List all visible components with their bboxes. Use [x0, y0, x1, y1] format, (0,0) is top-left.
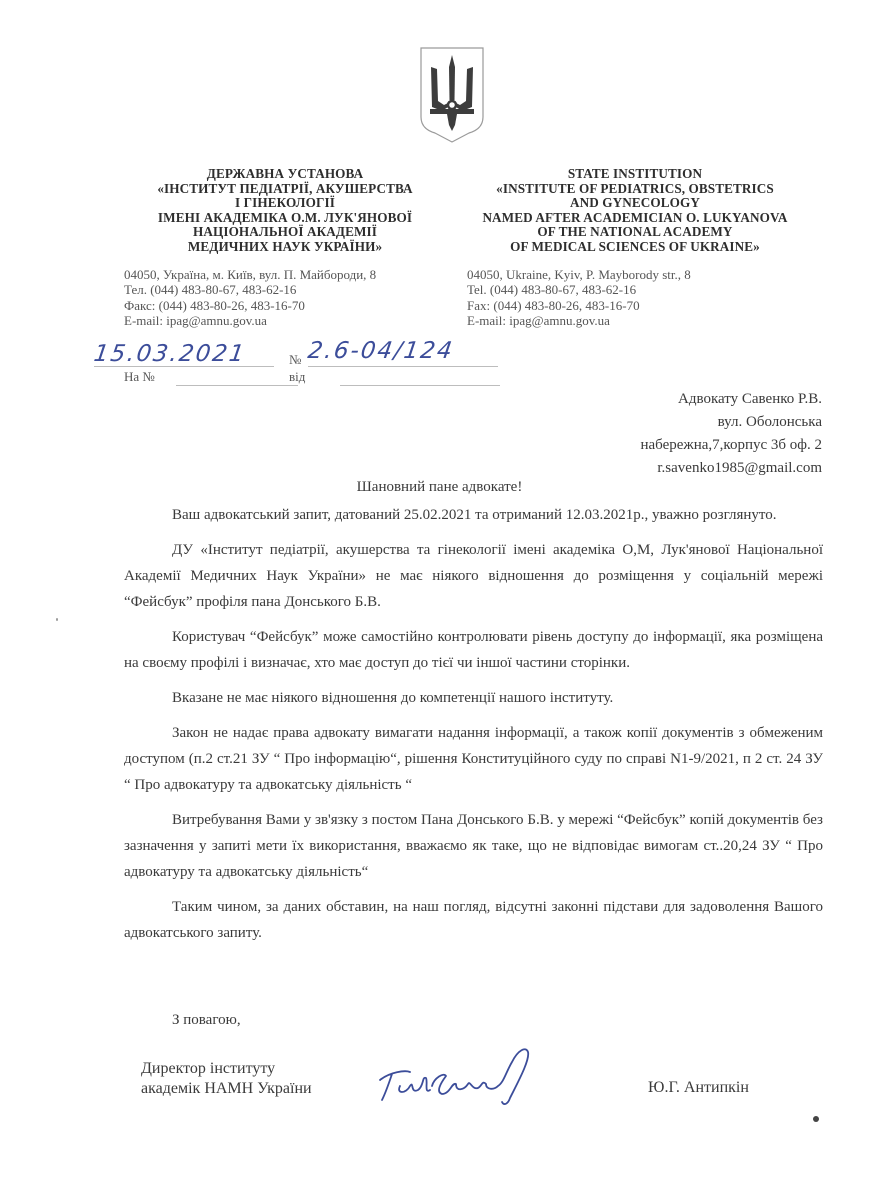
header-line: NAMED AFTER ACADEMICIAN O. LUKYANOVA [462, 211, 808, 226]
signatory-title: Директор інституту академік НАМН України [141, 1059, 312, 1099]
number-label: № [289, 352, 301, 368]
letter-body: Ваш адвокатський запит, датований 25.02.… [124, 502, 823, 955]
signatory-rank: академік НАМН України [141, 1079, 312, 1099]
signatory-position: Директор інституту [141, 1059, 312, 1079]
header-line: МЕДИЧНИХ НАУК УКРАЇНИ» [130, 240, 440, 255]
contact-info-ua: 04050, Україна, м. Київ, вул. П. Майборо… [124, 267, 376, 328]
header-line: ІМЕНІ АКАДЕМІКА О.М. ЛУК'ЯНОВОЇ [130, 211, 440, 226]
institution-name-en: STATE INSTITUTION «INSTITUTE OF PEDIATRI… [462, 167, 808, 255]
addressee-email: r.savenko1985@gmail.com [640, 457, 822, 480]
paragraph: Таким чином, за даних обставин, на наш п… [124, 894, 823, 946]
reply-to-label: На № [124, 369, 155, 385]
header-line: І ГІНЕКОЛОГІЇ [130, 196, 440, 211]
from-label: від [289, 369, 305, 385]
header-line: ДЕРЖАВНА УСТАНОВА [130, 167, 440, 182]
phone: Tel. (044) 483-80-67, 483-62-16 [467, 282, 691, 297]
header-line: STATE INSTITUTION [462, 167, 808, 182]
handwritten-date: 15.03.2021 [92, 341, 247, 367]
signatory-name: Ю.Г. Антипкін [648, 1079, 749, 1097]
institution-name-ua: ДЕРЖАВНА УСТАНОВА «ІНСТИТУТ ПЕДІАТРІЇ, А… [130, 167, 440, 255]
contact-info-en: 04050, Ukraine, Kyiv, P. Mayborody str.,… [467, 267, 691, 328]
addressee-street: вул. Оболонська [640, 411, 822, 434]
email: E-mail: ipag@amnu.gov.ua [467, 313, 691, 328]
header-line: OF THE NATIONAL ACADEMY [462, 225, 808, 240]
salutation: Шановний пане адвокате! [0, 479, 879, 496]
scan-speck [813, 1116, 819, 1122]
scan-speck [56, 618, 58, 621]
addressee-name: Адвокату Савенко Р.В. [640, 388, 822, 411]
fax: Fax: (044) 483-80-26, 483-16-70 [467, 298, 691, 313]
header-line: НАЦІОНАЛЬНОЇ АКАДЕМІЇ [130, 225, 440, 240]
addressee-block: Адвокату Савенко Р.В. вул. Оболонська на… [640, 388, 822, 480]
reply-to-line [176, 385, 298, 386]
closing: З повагою, [172, 1012, 241, 1029]
paragraph: Вказане не має ніякого відношення до ком… [124, 685, 823, 711]
address: 04050, Україна, м. Київ, вул. П. Майборо… [124, 267, 376, 282]
address: 04050, Ukraine, Kyiv, P. Mayborody str.,… [467, 267, 691, 282]
number-line [308, 366, 498, 367]
header-line: «INSTITUTE OF PEDIATRICS, OBSTETRICS [462, 182, 808, 197]
header-line: AND GYNECOLOGY [462, 196, 808, 211]
paragraph: Користувач “Фейсбук” може самостійно кон… [124, 624, 823, 676]
paragraph: Закон не надає права адвокату вимагати н… [124, 720, 823, 798]
handwritten-outgoing-number: 2.6-04/124 [306, 338, 455, 364]
paragraph: Витребування Вами у зв'язку з постом Пан… [124, 807, 823, 885]
paragraph: ДУ «Інститут педіатрії, акушерства та гі… [124, 537, 823, 615]
paragraph: Ваш адвокатський запит, датований 25.02.… [124, 502, 823, 528]
trident-coat-of-arms-icon [417, 45, 487, 145]
fax: Факс: (044) 483-80-26, 483-16-70 [124, 298, 376, 313]
phone: Тел. (044) 483-80-67, 483-62-16 [124, 282, 376, 297]
handwritten-signature-icon [370, 1042, 550, 1112]
email: E-mail: ipag@amnu.gov.ua [124, 313, 376, 328]
header-line: OF MEDICAL SCIENCES OF UKRAINE» [462, 240, 808, 255]
addressee-building: набережна,7,корпус 3б оф. 2 [640, 434, 822, 457]
header-line: «ІНСТИТУТ ПЕДІАТРІЇ, АКУШЕРСТВА [130, 182, 440, 197]
from-line [340, 385, 500, 386]
scan-speck [293, 732, 295, 734]
